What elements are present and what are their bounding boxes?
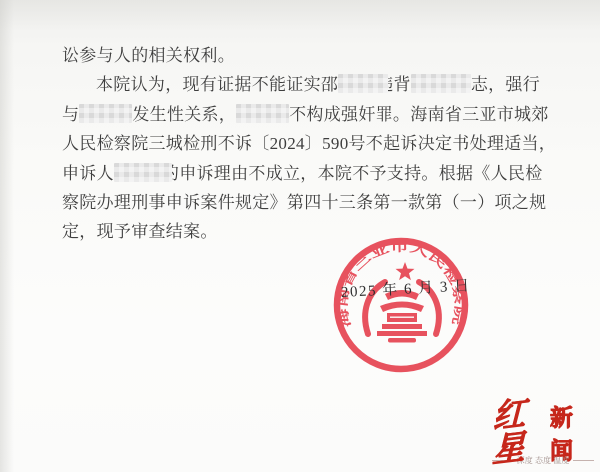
doc-line-6-text: 察院办理刑事申诉案件规定》第四十三条第一款第（一）项之规: [62, 193, 546, 212]
tagline-dash-right: [573, 460, 594, 461]
doc-line-5-text-a: 申诉人: [62, 164, 114, 183]
doc-line-3: 与发生性关系，不构成强奸罪。海南省三亚市城郊: [62, 100, 546, 129]
doc-line-3-text-b: 发生性关系，: [132, 105, 236, 124]
doc-line-2-text-a: 本院认为，现有证据不能证实邵: [96, 75, 338, 94]
doc-line-4-text: 人民检察院三城检刑不诉〔2024〕590号不起诉决定书处理适当，: [62, 134, 556, 153]
doc-line-1: 讼参与人的相关权利。: [62, 41, 546, 70]
document-photo: { "doc": { "l1": "讼参与人的相关权利。", "l2a": "本…: [0, 0, 600, 472]
photo-top-shadow: [0, 0, 600, 30]
doc-line-5: 申诉人的申诉理由不成立，本院不予支持。根据《人民检: [62, 159, 546, 188]
redaction-mosaic: [236, 104, 289, 123]
doc-line-2: 本院认为，现有证据不能证实邵违背志，强行: [62, 70, 546, 99]
doc-line-3-text-a: 与: [62, 105, 79, 124]
logo-script-text: 红星: [492, 395, 549, 469]
photo-edge-shadow: [0, 0, 14, 472]
official-seal-graphic: 海南省三亚市人民检察院: [330, 234, 472, 376]
official-seal: 海南省三亚市人民检察院: [330, 234, 472, 376]
doc-line-4: 人民检察院三城检刑不诉〔2024〕590号不起诉决定书处理适当，: [62, 129, 546, 158]
doc-line-3-text-c: 不构成强奸罪。海南省三亚市城郊: [289, 105, 549, 124]
doc-line-6: 察院办理刑事申诉案件规定》第四十三条第一款第（一）项之规: [62, 188, 546, 217]
doc-line-1-text: 讼参与人的相关权利。: [62, 46, 235, 65]
redaction-mosaic: [411, 74, 471, 93]
doc-line-5-text-b: 的申诉理由不成立，本院不予支持。根据《人民检: [162, 164, 543, 183]
brand-logo-row: 红星 新闻: [492, 413, 594, 451]
doc-line-7-text: 定，现予审查结案。: [62, 222, 218, 241]
doc-line-7: 定，现予审查结案。: [62, 217, 546, 246]
redaction-mosaic: [79, 104, 132, 123]
redaction-mosaic: [338, 74, 388, 93]
document-text-block: 讼参与人的相关权利。 本院认为，现有证据不能证实邵违背志，强行 与发生性关系，不…: [62, 41, 546, 247]
doc-line-2-text-c: 志，强行: [471, 75, 540, 94]
redaction-mosaic: [114, 163, 172, 182]
brand-logo: 红星 新闻 深度 态度 温度: [492, 413, 594, 466]
